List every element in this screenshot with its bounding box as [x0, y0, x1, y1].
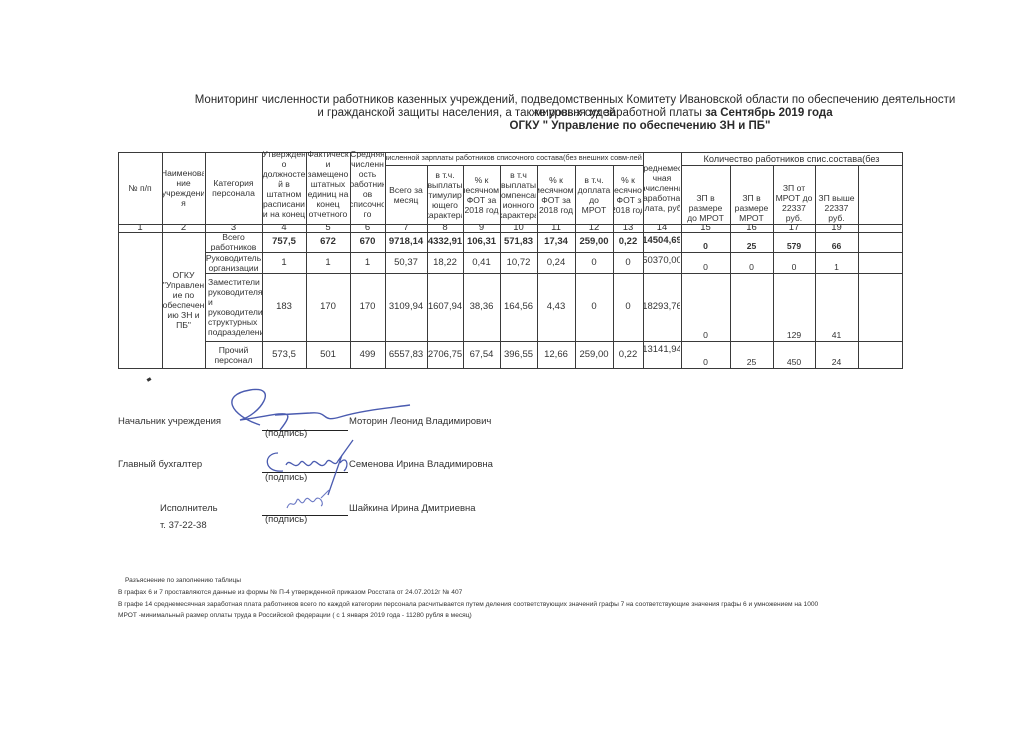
table-cell: 41 [816, 274, 857, 342]
category-cell: Руководительорганизации [206, 253, 261, 272]
table-cell: 3109,94 [386, 274, 426, 340]
table-cell: 129 [774, 274, 814, 342]
table-cell: 0,22 [614, 233, 642, 251]
table-cell: 13141,94 [644, 342, 680, 370]
signature-role: Начальник учреждения [118, 416, 221, 427]
table-cell: 0 [682, 233, 729, 253]
column-number: 19 [816, 225, 857, 231]
column-number: 4 [263, 225, 305, 231]
column-number: 5 [307, 225, 349, 231]
table-cell: 170 [307, 274, 349, 340]
count-group-header: Количество работников спис.состава(без [682, 153, 901, 164]
column-number: 14 [644, 225, 680, 231]
table-cell: 2706,75 [428, 342, 462, 367]
table-cell: 0,41 [464, 253, 499, 272]
column-header: ЗП вразмереМРОТ [731, 166, 772, 225]
category-cell: Всегоработников [206, 233, 261, 251]
column-number: 8 [428, 225, 462, 231]
signature-role: Главный бухгалтер [118, 459, 202, 470]
column-header: в т.ч.доплата доМРОТ [576, 166, 612, 223]
column-number: 2 [163, 225, 204, 231]
table-cell: 1 [816, 253, 857, 274]
table-cell: 670 [351, 233, 384, 251]
column-number: 11 [538, 225, 574, 231]
table-grid-line [858, 165, 859, 369]
signature-line [262, 515, 348, 516]
table-cell: 1 [307, 253, 349, 272]
table-cell: 50,37 [386, 253, 426, 272]
column-header: № п/п [119, 153, 161, 223]
column-header: в т.чвыплатыкомпенсационногохарактера [501, 166, 536, 223]
table-cell: 17,34 [538, 233, 574, 251]
table-cell: 0,24 [538, 253, 574, 272]
fund-group-header: Фонд начисленной зарплаты работников спи… [386, 153, 642, 164]
column-number: 7 [386, 225, 426, 231]
table-cell: 10,72 [501, 253, 536, 272]
table-cell: 4332,91 [428, 233, 462, 251]
column-header: Категорияперсонала [206, 153, 261, 223]
table-cell: 106,31 [464, 233, 499, 251]
table-cell: 0 [614, 253, 642, 272]
table-cell: 672 [307, 233, 349, 251]
column-header: Всего замесяц [386, 166, 426, 223]
signature-accountant-icon [258, 435, 358, 495]
table-cell: 67,54 [464, 342, 499, 367]
column-header: Фактическизамещеноштатныхединиц наконецо… [307, 149, 349, 220]
signature-executor-icon [285, 488, 335, 513]
column-header: % кмесячному ФОТ за2018 год [614, 166, 642, 223]
table-cell: 183 [263, 274, 305, 340]
table-cell: 579 [774, 233, 814, 253]
column-number: 1 [119, 225, 161, 231]
column-number: 16 [731, 225, 772, 231]
table-cell: 0,22 [614, 342, 642, 367]
column-header: Наименованиеучреждения [163, 153, 204, 223]
signature-name: Шайкина Ирина Дмитриевна [349, 503, 476, 514]
table-cell: 9718,14 [386, 233, 426, 251]
table-cell: 18293,76 [644, 274, 680, 340]
table-cell [731, 274, 772, 342]
notes-line1: В графах 6 и 7 проставляются данные из ф… [118, 587, 462, 598]
column-header: % кмесячномуФОТ за2018 год [464, 166, 499, 223]
table-cell: 0 [731, 253, 772, 274]
table-cell: 0 [682, 274, 729, 342]
table-cell: 259,00 [576, 342, 612, 367]
signature-name: Семенова Ирина Владимировна [349, 459, 493, 470]
table-cell: 0 [576, 253, 612, 272]
row-number-cell [119, 233, 161, 367]
table-cell: 499 [351, 342, 384, 367]
table-cell: 164,56 [501, 274, 536, 340]
table-grid-line [902, 152, 903, 369]
table-cell: 1 [263, 253, 305, 272]
table-cell: 0 [682, 342, 729, 369]
table-cell: 6557,83 [386, 342, 426, 367]
column-number: 10 [501, 225, 536, 231]
column-header: в т.ч.выплатыстимулирующегохарактера [428, 166, 462, 223]
institution-name-cell: ОГКУ"Управление пообеспечению ЗН иПБ" [163, 233, 204, 367]
phone-number: т. 37-22-38 [160, 520, 207, 531]
notes-line2: В графе 14 среднемесячная заработная пла… [118, 599, 898, 610]
category-cell: Прочийперсонал [206, 342, 261, 367]
table-cell: 14504,69 [644, 233, 680, 254]
table-cell: 1 [351, 253, 384, 272]
category-cell: Заместителируководителя ируководителистр… [206, 274, 263, 340]
table-cell: 18,22 [428, 253, 462, 272]
table-cell: 0 [774, 253, 814, 274]
column-number: 12 [576, 225, 612, 231]
notes-heading: Разъяснение по заполнению таблицы [125, 575, 241, 586]
column-header: ЗП выше22337 руб. [816, 166, 857, 225]
table-cell: 1607,94 [428, 274, 462, 340]
table-cell: 396,55 [501, 342, 536, 367]
table-cell: 0 [614, 274, 642, 340]
table-cell: 66 [816, 233, 857, 253]
table-cell: 450 [774, 342, 814, 369]
notes-line3: МРОТ -минимальный размер оплаты труда в … [118, 610, 472, 621]
table-cell: 259,00 [576, 233, 612, 251]
table-cell: 757,5 [263, 233, 305, 251]
table-cell: 573,5 [263, 342, 305, 367]
column-header: ЗП отМРОТ до22337 руб. [774, 166, 814, 225]
column-number: 17 [774, 225, 814, 231]
table-cell: 571,83 [501, 233, 536, 251]
column-header: Среднемесячнаяначисленнаязаработнаяплата… [644, 153, 680, 223]
signature-role: Исполнитель [160, 503, 218, 514]
table-cell: 0 [682, 253, 729, 274]
table-cell: 25 [731, 342, 772, 369]
table-cell: 170 [351, 274, 384, 340]
table-cell: 4,43 [538, 274, 574, 340]
staff-salary-table: Фонд начисленной зарплаты работников спи… [0, 0, 1023, 744]
column-number: 15 [682, 225, 729, 231]
table-cell: 50370,00 [644, 253, 680, 275]
column-number: 9 [464, 225, 499, 231]
table-cell: 12,66 [538, 342, 574, 367]
table-cell: 501 [307, 342, 349, 367]
table-cell: 38,36 [464, 274, 499, 340]
column-number: 13 [614, 225, 642, 231]
table-cell: 24 [816, 342, 857, 369]
column-header: Средняячисленностьработниковсписочногосо… [351, 149, 384, 220]
table-cell: 0 [576, 274, 612, 340]
column-header: % кмесячномуФОТ за2018 год [538, 166, 574, 223]
column-number: 3 [206, 225, 261, 231]
column-header: ЗП вразмередо МРОТ [682, 166, 729, 225]
column-number: 6 [351, 225, 384, 231]
column-header: Утвержденодолжностей вштатномрасписании … [263, 149, 305, 220]
table-cell: 25 [731, 233, 772, 253]
signature-director-icon [220, 385, 420, 435]
